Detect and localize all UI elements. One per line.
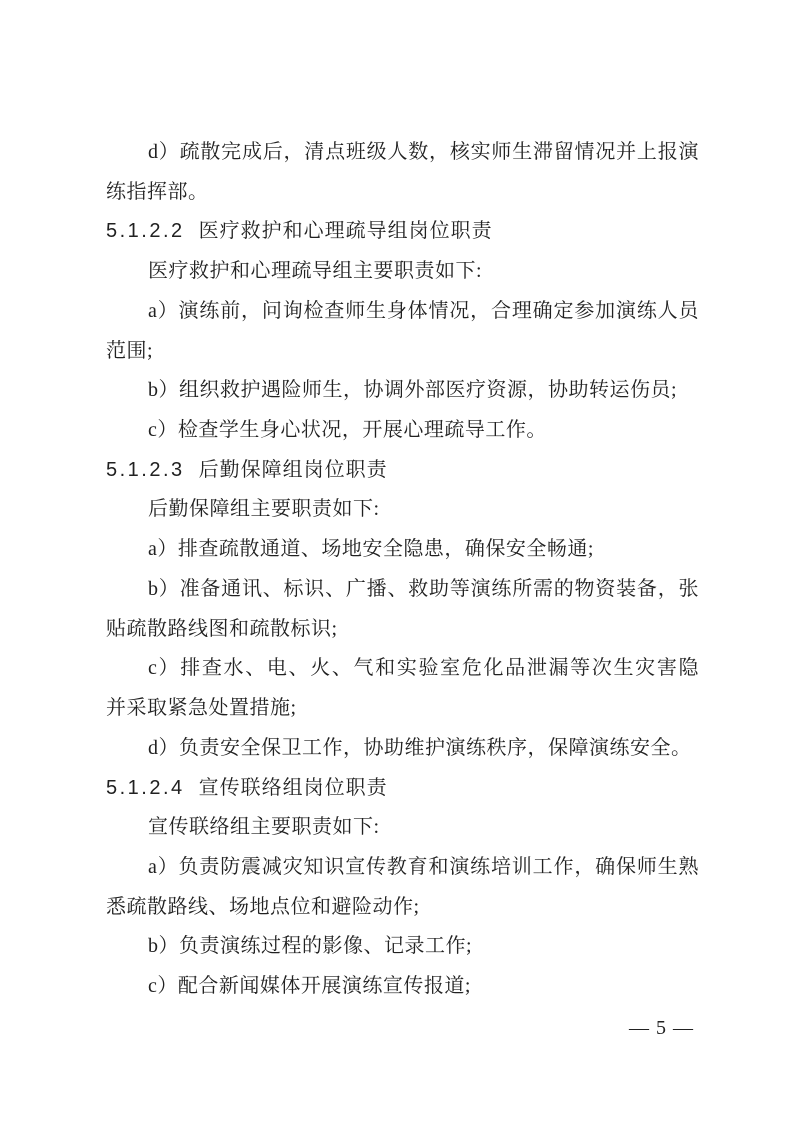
body-line: a）负责防震减灾知识宣传教育和演练培训工作，确保师生熟 [106,848,699,888]
body-line: 并采取紧急处置措施; [106,689,699,729]
body-line: 宣传联络组主要职责如下: [106,808,699,848]
section-title: 后勤保障组岗位职责 [199,459,388,481]
body-line: d）负责安全保卫工作，协助维护演练秩序，保障演练安全。 [106,729,699,769]
body-line: 练指挥部。 [106,173,699,213]
body-line: 医疗救护和心理疏导组主要职责如下: [106,252,699,292]
body-line: 悉疏散路线、场地点位和避险动作; [106,888,699,928]
section-heading: 5.1.2.3后勤保障组岗位职责 [106,451,699,491]
document-body: d）疏散完成后，清点班级人数，核实师生滞留情况并上报演练指挥部。5.1.2.2医… [106,133,699,1007]
page-number: — 5 — [629,1012,694,1044]
body-line: b）组织救护遇险师生，协调外部医疗资源，协助转运伤员; [106,371,699,411]
document-page: d）疏散完成后，清点班级人数，核实师生滞留情况并上报演练指挥部。5.1.2.2医… [0,0,800,1131]
body-line: c）排查水、电、火、气和实验室危化品泄漏等次生灾害隐患， [106,649,699,689]
section-number: 5.1.2.4 [106,777,185,799]
body-line: b）负责演练过程的影像、记录工作; [106,927,699,967]
body-line: 范围; [106,332,699,372]
section-number: 5.1.2.3 [106,459,185,481]
body-line: a）演练前，问询检查师生身体情况，合理确定参加演练人员 [106,292,699,332]
body-line: 后勤保障组主要职责如下: [106,490,699,530]
section-heading: 5.1.2.4宣传联络组岗位职责 [106,769,699,809]
page-number-text: — 5 — [629,1017,694,1039]
body-line: c）检查学生身心状况，开展心理疏导工作。 [106,411,699,451]
section-number: 5.1.2.2 [106,220,185,242]
body-line: d）疏散完成后，清点班级人数，核实师生滞留情况并上报演 [106,133,699,173]
body-line: b）准备通讯、标识、广播、救助等演练所需的物资装备，张 [106,570,699,610]
body-line: 贴疏散路线图和疏散标识; [106,610,699,650]
body-line: a）排查疏散通道、场地安全隐患，确保安全畅通; [106,530,699,570]
section-title: 医疗救护和心理疏导组岗位职责 [199,220,493,242]
body-line: c）配合新闻媒体开展演练宣传报道; [106,967,699,1007]
section-heading: 5.1.2.2医疗救护和心理疏导组岗位职责 [106,212,699,252]
section-title: 宣传联络组岗位职责 [199,777,388,799]
